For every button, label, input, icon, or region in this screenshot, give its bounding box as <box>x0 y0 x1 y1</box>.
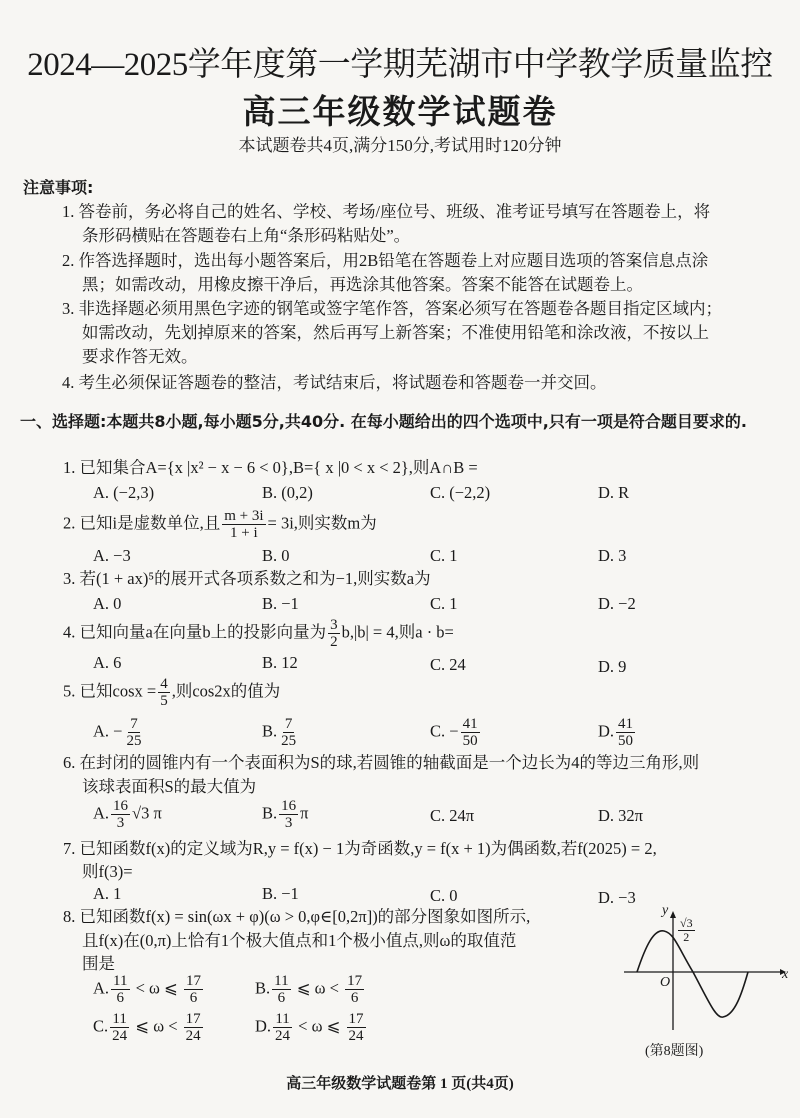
question-4-option-b[interactable]: B. 12 <box>262 653 298 673</box>
fraction-numerator: 11 <box>273 1011 291 1028</box>
question-1-option-a[interactable]: A. (−2,3) <box>93 483 154 503</box>
option-label: A. − <box>93 721 122 740</box>
fraction-denominator: 25 <box>279 733 298 749</box>
question-6-stem-line1: 6. 在封闭的圆锥内有一个表面积为S的球,若圆锥的轴截面是一个边长为4的等边三角… <box>63 752 699 774</box>
fraction-denominator: 6 <box>349 990 361 1006</box>
fraction-denominator: 50 <box>616 733 635 749</box>
fraction-denominator: 2 <box>328 634 340 650</box>
question-2-option-a[interactable]: A. −3 <box>93 546 131 566</box>
question-5-option-a[interactable]: A. −725 <box>93 716 145 749</box>
question-3-option-a[interactable]: A. 0 <box>93 594 121 614</box>
question-1-stem: 1. 已知集合A={x |x² − x − 6 < 0},B={ x |0 < … <box>63 457 478 479</box>
fraction-numerator: 7 <box>128 716 140 733</box>
question-5-stem-pre: 5. 已知cosx = <box>63 681 156 700</box>
option-label: D. <box>598 721 614 740</box>
question-8-option-c[interactable]: C.1124 ⩽ ω < 1724 <box>93 1011 205 1044</box>
option-fraction: 725 <box>279 716 298 749</box>
section-heading: 一、选择题:本题共8小题,每小题5分,共40分. 在每小题给出的四个选项中,只有… <box>20 410 790 434</box>
question-1-option-c[interactable]: C. (−2,2) <box>430 483 490 503</box>
figure-caption: (第8题图) <box>645 1040 703 1060</box>
option-fraction-right: 1724 <box>347 1011 366 1044</box>
fraction-denominator: 50 <box>461 733 480 749</box>
page-footer: 高三年级数学试题卷第 1 页(共4页) <box>0 1072 800 1093</box>
note-3-line2: 如需改动，先划掉原来的答案，然后再写上新答案；不准使用铅笔和涂改液，不按以上 <box>82 321 709 345</box>
question-4-option-c[interactable]: C. 24 <box>430 655 466 675</box>
question-2-option-c[interactable]: C. 1 <box>430 546 458 566</box>
option-relation: < ω ⩽ <box>298 1016 340 1035</box>
question-2-option-b[interactable]: B. 0 <box>262 546 290 566</box>
fraction-numerator: 7 <box>283 716 295 733</box>
value-label-fraction: √32 <box>678 917 695 944</box>
origin-label: O <box>660 975 670 991</box>
question-8-stem-line3: 围是 <box>82 953 115 975</box>
question-3-option-b[interactable]: B. −1 <box>262 594 299 614</box>
option-fraction: 163 <box>279 798 298 831</box>
option-relation: < ω ⩽ <box>136 978 178 997</box>
option-label: B. <box>255 978 270 997</box>
question-8-option-d[interactable]: D.1124 < ω ⩽ 1724 <box>255 1011 368 1044</box>
fraction-numerator: 11 <box>111 973 129 990</box>
question-8-option-b[interactable]: B.116 ⩽ ω < 176 <box>255 973 366 1006</box>
question-7-option-b[interactable]: B. −1 <box>262 884 299 904</box>
option-relation: ⩽ ω < <box>297 978 339 997</box>
question-6-stem-line2: 该球表面积S的最大值为 <box>82 776 256 798</box>
question-3-option-c[interactable]: C. 1 <box>430 594 458 614</box>
fraction-denominator: 6 <box>188 990 200 1006</box>
question-6-option-c[interactable]: C. 24π <box>430 806 474 826</box>
question-8-stem-line2: 且f(x)在(0,π)上恰有1个极大值点和1个极小值点,则ω的取值范 <box>82 930 516 952</box>
question-7-option-c[interactable]: C. 0 <box>430 886 458 906</box>
option-label: C. − <box>430 721 459 740</box>
question-6-option-d[interactable]: D. 32π <box>598 806 643 826</box>
y-axis-label: y <box>662 903 668 919</box>
fraction-denominator: 24 <box>184 1028 203 1044</box>
question-7-option-a[interactable]: A. 1 <box>93 884 121 904</box>
question-3-stem: 3. 若(1 + ax)⁵的展开式各项系数之和为−1,则实数a为 <box>63 568 431 590</box>
question-6-option-b[interactable]: B.163π <box>262 798 308 831</box>
note-1-line1: 1. 答卷前，务必将自己的姓名、学校、考场/座位号、班级、准考证号填写在答题卷上… <box>62 200 710 224</box>
question-4-stem: 4. 已知向量a在向量b上的投影向量为32b,|b| = 4,则a · b= <box>63 617 454 650</box>
fraction-numerator: m + 3i <box>222 508 265 525</box>
option-fraction-right: 176 <box>345 973 364 1006</box>
fraction-numerator: 11 <box>110 1011 128 1028</box>
sine-graph-icon <box>620 905 790 1040</box>
question-4-stem-post: b,|b| = 4,则a · b= <box>342 622 454 641</box>
fraction-denominator: 6 <box>276 990 288 1006</box>
fraction-denominator: 25 <box>124 733 143 749</box>
question-5-option-d[interactable]: D.4150 <box>598 716 637 749</box>
question-5-option-c[interactable]: C. −4150 <box>430 716 482 749</box>
fraction-denominator: 24 <box>347 1028 366 1044</box>
question-2-stem: 2. 已知i是虚数单位,且m + 3i1 + i= 3i,则实数m为 <box>63 508 377 541</box>
question-7-stem-line1: 7. 已知函数f(x)的定义域为R,y = f(x) − 1为奇函数,y = f… <box>63 838 657 860</box>
fraction-denominator: 3 <box>283 815 295 831</box>
fraction-numerator: 17 <box>184 973 203 990</box>
option-fraction-left: 116 <box>272 973 290 1006</box>
exam-page: 2024—2025学年度第一学期芜湖市中学教学质量监控 高三年级数学试题卷 本试… <box>0 0 800 1118</box>
fraction-numerator: 16 <box>279 798 298 815</box>
option-label: B. <box>262 721 277 740</box>
option-fraction-right: 176 <box>184 973 203 1006</box>
option-fraction-left: 116 <box>111 973 129 1006</box>
note-1-line2: 条形码横贴在答题卷右上角“条形码粘贴处”。 <box>82 224 410 248</box>
option-fraction: 4150 <box>461 716 480 749</box>
question-3-option-d[interactable]: D. −2 <box>598 594 636 614</box>
option-relation: ⩽ ω < <box>135 1016 177 1035</box>
option-fraction: 725 <box>124 716 143 749</box>
question-4-option-d[interactable]: D. 9 <box>598 657 626 677</box>
option-label: D. <box>255 1016 271 1035</box>
question-4-option-a[interactable]: A. 6 <box>93 653 121 673</box>
fraction-denominator: 6 <box>115 990 127 1006</box>
note-3-line1: 3. 非选择题必须用黑色字迹的钢笔或签字笔作答，答案必须写在答题卷各题目指定区域… <box>62 297 722 321</box>
option-fraction-left: 1124 <box>273 1011 292 1044</box>
note-2-line2: 黑；如需改动，用橡皮擦干净后，再选涂其他答案。答案不能答在试题卷上。 <box>82 273 643 297</box>
question-5-option-b[interactable]: B.725 <box>262 716 300 749</box>
option-label: A. <box>93 803 109 822</box>
question-5-stem-post: ,则cos2x的值为 <box>172 681 281 700</box>
question-2-option-d[interactable]: D. 3 <box>598 546 626 566</box>
option-fraction-left: 1124 <box>110 1011 129 1044</box>
question-6-option-a[interactable]: A.163√3 π <box>93 798 162 831</box>
fraction-numerator: 11 <box>272 973 290 990</box>
fraction-denominator: 3 <box>115 815 127 831</box>
option-fraction-right: 1724 <box>184 1011 203 1044</box>
fraction-numerator: 41 <box>616 716 635 733</box>
fraction-denominator: 2 <box>681 931 691 944</box>
fraction-numerator: 17 <box>345 973 364 990</box>
x-axis-label: x <box>782 967 788 983</box>
question-1-option-d[interactable]: D. R <box>598 483 629 503</box>
question-4-stem-pre: 4. 已知向量a在向量b上的投影向量为 <box>63 622 326 641</box>
notes-title: 注意事项: <box>23 175 93 198</box>
question-2-stem-post: = 3i,则实数m为 <box>268 513 377 532</box>
fraction-numerator: √3 <box>678 917 695 931</box>
fraction-numerator: 16 <box>111 798 130 815</box>
option-label: A. <box>93 978 109 997</box>
question-8-figure: y x O √32 <box>620 905 790 1050</box>
option-fraction: 4150 <box>616 716 635 749</box>
exam-title-line2: 高三年级数学试题卷 <box>0 86 800 133</box>
fraction-numerator: 17 <box>184 1011 203 1028</box>
question-4-fraction: 32 <box>328 617 340 650</box>
fraction-denominator: 24 <box>273 1028 292 1044</box>
note-3-line3: 要求作答无效。 <box>82 345 198 369</box>
option-label: B. <box>262 803 277 822</box>
question-5-stem: 5. 已知cosx =45,则cos2x的值为 <box>63 676 280 709</box>
note-2-line1: 2. 作答选择题时，选出每小题答案后，用2B铅笔在答题卷上对应题目选项的答案信息… <box>62 249 708 273</box>
exam-subtitle: 本试题卷共4页,满分150分,考试用时120分钟 <box>0 131 800 156</box>
question-2-fraction: m + 3i1 + i <box>222 508 265 541</box>
fraction-numerator: 41 <box>461 716 480 733</box>
fraction-denominator: 5 <box>158 693 170 709</box>
question-7-stem-line2: 则f(3)= <box>82 861 133 883</box>
fraction-numerator: 4 <box>158 676 170 693</box>
question-8-stem-line1: 8. 已知函数f(x) = sin(ωx + φ)(ω > 0,φ∈[0,2π]… <box>63 906 530 928</box>
fraction-denominator: 24 <box>110 1028 129 1044</box>
option-suffix: √3 π <box>132 803 162 822</box>
fraction-numerator: 17 <box>347 1011 366 1028</box>
fraction-numerator: 3 <box>328 617 340 634</box>
note-4-line1: 4. 考生必须保证答题卷的整洁，考试结束后，将试题卷和答题卷一并交回。 <box>62 371 607 395</box>
question-2-stem-pre: 2. 已知i是虚数单位,且 <box>63 513 220 532</box>
option-suffix: π <box>300 803 308 822</box>
option-label: C. <box>93 1016 108 1035</box>
option-fraction: 163 <box>111 798 130 831</box>
fraction-denominator: 1 + i <box>228 525 260 541</box>
question-5-fraction: 45 <box>158 676 170 709</box>
exam-title-line1: 2024—2025学年度第一学期芜湖市中学教学质量监控 <box>0 38 800 85</box>
question-8-option-a[interactable]: A.116 < ω ⩽ 176 <box>93 973 205 1006</box>
question-1-option-b[interactable]: B. (0,2) <box>262 483 313 503</box>
